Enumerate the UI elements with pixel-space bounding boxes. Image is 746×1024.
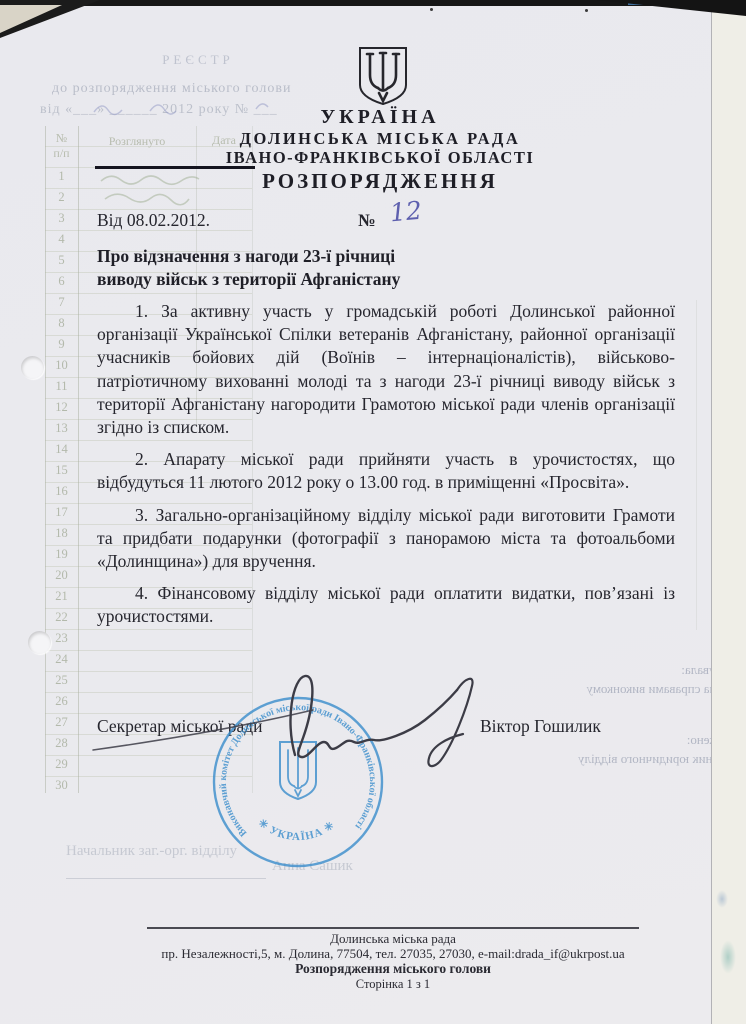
- bleed-table-row-number: 7: [45, 292, 78, 313]
- header-doc-type: РОЗПОРЯДЖЕННЯ: [60, 169, 700, 194]
- order-paragraph-1: 1. За активну участь у громадській робот…: [97, 300, 675, 439]
- bleed-table-row-number: 30: [45, 775, 78, 796]
- punch-hole: [28, 631, 51, 654]
- bleed-table-row-number: 20: [45, 565, 78, 586]
- bleed-table-row-numbers: 1234567891011121314151617181920212223242…: [45, 166, 78, 796]
- order-subject-line2: виводу військ з території Афганістану: [97, 268, 537, 291]
- order-date: Від 08.02.2012.: [97, 210, 210, 231]
- scanned-document-page: РЕЄСТР до розпорядження міського голови …: [0, 0, 746, 1024]
- footer-doc-line: Розпорядження міського голови: [73, 961, 713, 977]
- bleed-table-row-number: 28: [45, 733, 78, 754]
- svg-text:✳ УКРАЇНА ✳: ✳ УКРАЇНА ✳: [256, 817, 338, 843]
- footer-address: пр. Незалежності,5, м. Долина, 77504, те…: [73, 946, 713, 962]
- bleed-table-row-number: 13: [45, 418, 78, 439]
- bleed-table-row-number: 21: [45, 586, 78, 607]
- punch-hole: [21, 356, 44, 379]
- ukraine-trident-emblem: [356, 45, 410, 107]
- bleed-heavy-rule: [95, 166, 255, 169]
- bleed-table-row-number: 14: [45, 439, 78, 460]
- order-body: 1. За активну участь у громадській робот…: [97, 300, 675, 638]
- ink-smudge: [720, 940, 736, 974]
- scanner-background-strip: [711, 0, 746, 1024]
- bleed-register-line1: до розпорядження міського голови: [52, 81, 291, 97]
- order-number-sign: №: [358, 210, 376, 231]
- bleed-table-row-number: 26: [45, 691, 78, 712]
- bleed-table-row-number: 12: [45, 397, 78, 418]
- bleed-table-row-number: 5: [45, 250, 78, 271]
- bleed-table-vline: [696, 300, 697, 630]
- bleed-table-row-number: 16: [45, 481, 78, 502]
- bleed-table-row-number: 24: [45, 649, 78, 670]
- bleed-table-row-number: 10: [45, 355, 78, 376]
- bleed-table-row-number: 6: [45, 271, 78, 292]
- header-country: УКРАЇНА: [60, 106, 700, 129]
- bleed-table-row-number: 8: [45, 313, 78, 334]
- header-region: ІВАНО-ФРАНКІВСЬКОЇ ОБЛАСТІ: [60, 148, 700, 168]
- bleed-table-row-number: 3: [45, 208, 78, 229]
- ink-smudge: [716, 890, 728, 908]
- order-number-handwritten: 12: [389, 196, 423, 228]
- bleed-table-row-number: 15: [45, 460, 78, 481]
- order-paragraph-2: 2. Апарату міської ради прийняти участь …: [97, 448, 675, 494]
- footer-rule: [147, 927, 639, 929]
- bleed-table-row-number: 27: [45, 712, 78, 733]
- bleed-table-row-number: 9: [45, 334, 78, 355]
- handwritten-signature: [85, 650, 525, 790]
- bleed-signature-line: [66, 878, 266, 879]
- bleed-table-row-number: 22: [45, 607, 78, 628]
- dust-speck: [430, 8, 433, 11]
- paper-corner-fold: [0, 5, 62, 33]
- bleed-register-title: РЕЄСТР: [138, 52, 258, 68]
- bleed-table-vline: [78, 126, 79, 793]
- dust-speck: [585, 9, 588, 12]
- order-subject: Про відзначення з нагоди 23-ї річниці ви…: [97, 245, 537, 290]
- footer-org: Долинська міська рада: [73, 931, 713, 947]
- order-subject-line1: Про відзначення з нагоди 23-ї річниці: [97, 245, 537, 268]
- header-council: ДОЛИНСЬКА МІСЬКА РАДА: [60, 129, 700, 149]
- bleed-table-row-number: 18: [45, 523, 78, 544]
- bleed-table-row-number: 4: [45, 229, 78, 250]
- bleed-table-row-number: 11: [45, 376, 78, 397]
- order-paragraph-4: 4. Фінансовому відділу міської ради опла…: [97, 582, 675, 628]
- order-paragraph-3: 3. Загально-організаційному відділу місь…: [97, 504, 675, 574]
- bleed-table-row-number: 19: [45, 544, 78, 565]
- bleed-table-row-number: 25: [45, 670, 78, 691]
- scan-corner-top-right: [596, 0, 746, 16]
- seal-bottom-text: ✳ УКРАЇНА ✳: [256, 817, 338, 843]
- footer-page-number: Сторінка 1 з 1: [73, 977, 713, 992]
- bleed-table-row-number: 29: [45, 754, 78, 775]
- bleed-table-row-number: 17: [45, 502, 78, 523]
